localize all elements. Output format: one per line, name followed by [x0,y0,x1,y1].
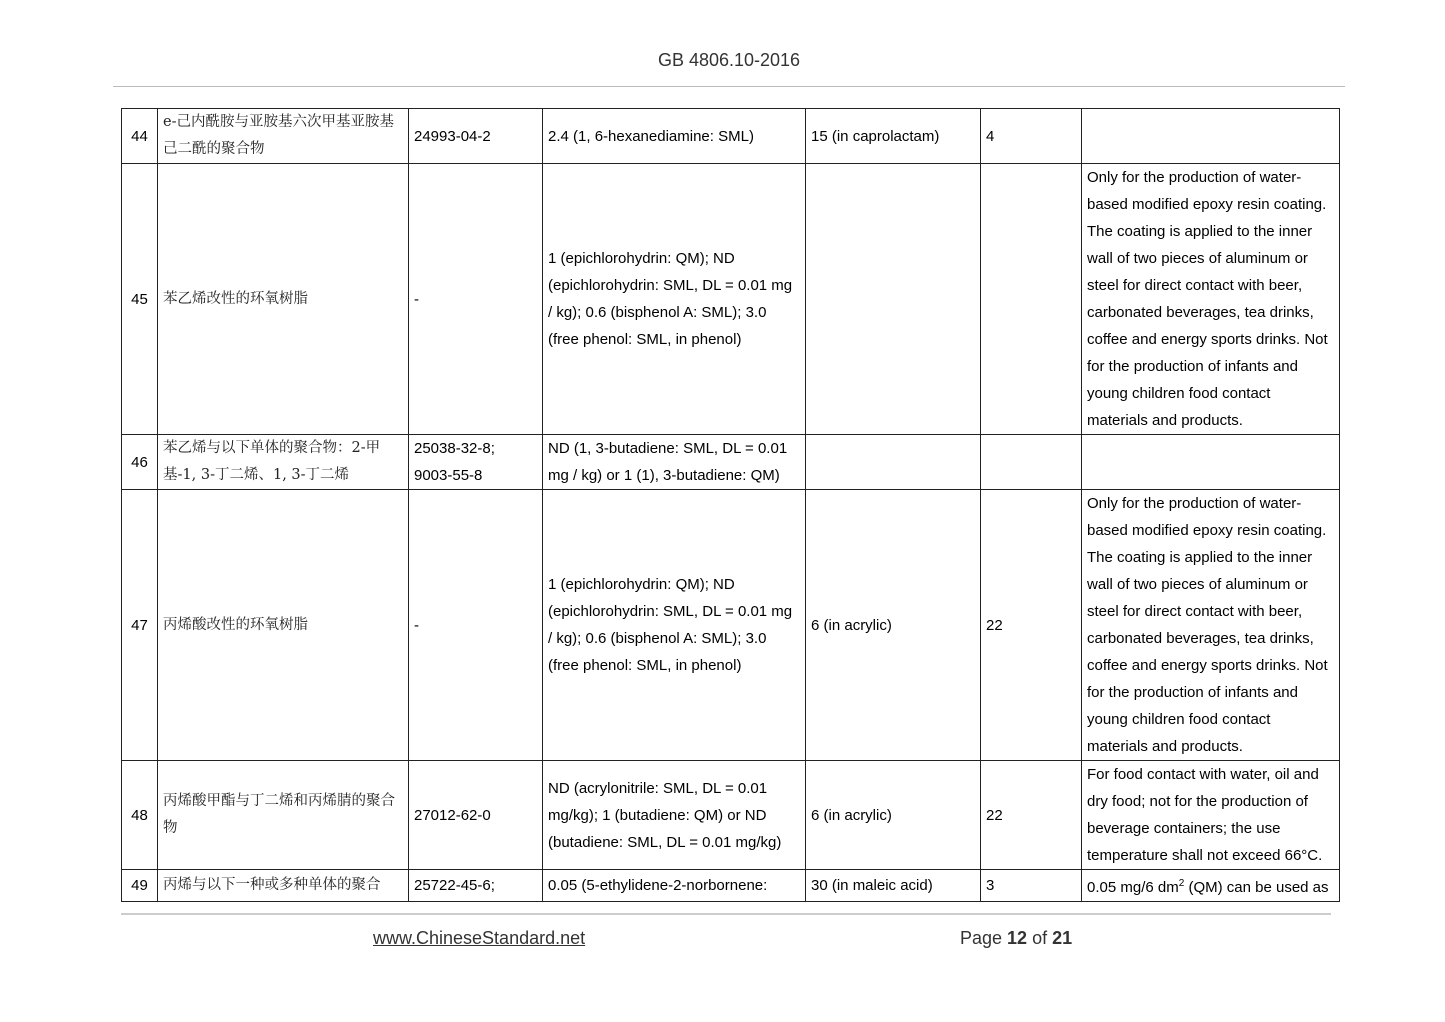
substance-name: e-己内酰胺与亚胺基六次甲基亚胺基己二酰的聚合物 [158,109,409,164]
qm-value: 30 (in maleic acid) [806,870,981,902]
cas-number: 27012-62-0 [409,761,543,870]
page-label: Page [960,928,1007,948]
table-row: 47 丙烯酸改性的环氧树脂 - 1 (epichlorohydrin: QM);… [122,490,1340,761]
substance-name: 苯乙烯与以下单体的聚合物：2-甲基-1, 3-丁二烯、1, 3-丁二烯 [158,435,409,490]
qm-value: 6 (in acrylic) [806,490,981,761]
sml-value: 2.4 (1, 6-hexanediamine: SML) [543,109,806,164]
table-row: 44 e-己内酰胺与亚胺基六次甲基亚胺基己二酰的聚合物 24993-04-2 2… [122,109,1340,164]
row-number: 46 [122,435,158,490]
cas-number: 25038-32-8; 9003-55-8 [409,435,543,490]
sml-value: ND (1, 3-butadiene: SML, DL = 0.01 mg / … [543,435,806,490]
sml-value: 0.05 (5-ethylidene-2-norbornene: [543,870,806,902]
reference: 22 [981,490,1082,761]
standard-table: 44 e-己内酰胺与亚胺基六次甲基亚胺基己二酰的聚合物 24993-04-2 2… [121,108,1340,902]
table-row: 46 苯乙烯与以下单体的聚合物：2-甲基-1, 3-丁二烯、1, 3-丁二烯 2… [122,435,1340,490]
remark: Only for the production of water-based m… [1082,490,1340,761]
remark: Only for the production of water-based m… [1082,164,1340,435]
header-divider [113,86,1345,87]
substance-name: 丙烯酸甲酯与丁二烯和丙烯腈的聚合物 [158,761,409,870]
qm-value: 6 (in acrylic) [806,761,981,870]
cas-number: 24993-04-2 [409,109,543,164]
row-number: 44 [122,109,158,164]
reference: 22 [981,761,1082,870]
cas-number: 25722-45-6; [409,870,543,902]
table-row: 48 丙烯酸甲酯与丁二烯和丙烯腈的聚合物 27012-62-0 ND (acry… [122,761,1340,870]
website-link[interactable]: www.ChineseStandard.net [373,928,585,949]
qm-value [806,164,981,435]
footer-divider [121,913,1331,915]
qm-value: 15 (in caprolactam) [806,109,981,164]
remark [1082,435,1340,490]
table-row: 49 丙烯与以下一种或多种单体的聚合 25722-45-6; 0.05 (5-e… [122,870,1340,902]
remark: 0.05 mg/6 dm2 (QM) can be used as [1082,870,1340,902]
remark [1082,109,1340,164]
table-row: 45 苯乙烯改性的环氧树脂 - 1 (epichlorohydrin: QM);… [122,164,1340,435]
total-pages: 21 [1052,928,1072,948]
sml-value: 1 (epichlorohydrin: QM); ND (epichlorohy… [543,164,806,435]
reference [981,435,1082,490]
row-number: 45 [122,164,158,435]
remark: For food contact with water, oil and dry… [1082,761,1340,870]
cas-number: - [409,164,543,435]
page-separator: of [1027,928,1052,948]
substance-name: 苯乙烯改性的环氧树脂 [158,164,409,435]
substance-name: 丙烯与以下一种或多种单体的聚合 [158,870,409,902]
row-number: 47 [122,490,158,761]
document-title: GB 4806.10-2016 [0,50,1445,71]
reference: 4 [981,109,1082,164]
row-number: 49 [122,870,158,902]
sml-value: 1 (epichlorohydrin: QM); ND (epichlorohy… [543,490,806,761]
qm-value [806,435,981,490]
remark-text: (QM) can be used as [1184,879,1328,896]
cas-number: - [409,490,543,761]
remark-text: 0.05 mg/6 dm [1087,879,1179,896]
row-number: 48 [122,761,158,870]
current-page: 12 [1007,928,1027,948]
reference [981,164,1082,435]
reference: 3 [981,870,1082,902]
sml-value: ND (acrylonitrile: SML, DL = 0.01 mg/kg)… [543,761,806,870]
substance-name: 丙烯酸改性的环氧树脂 [158,490,409,761]
page-indicator: Page 12 of 21 [960,928,1072,949]
